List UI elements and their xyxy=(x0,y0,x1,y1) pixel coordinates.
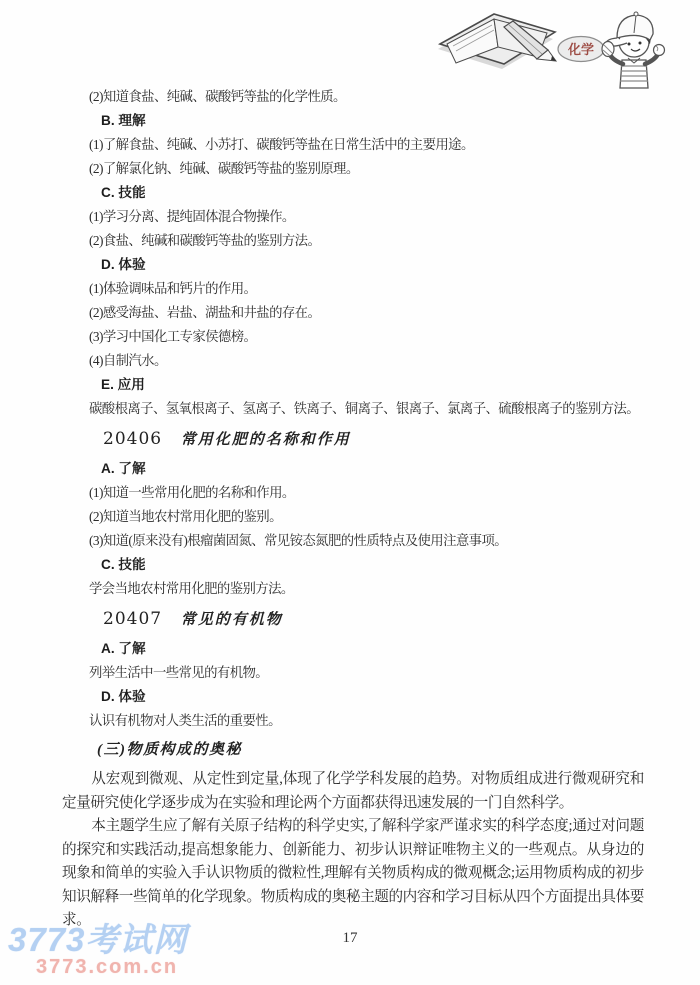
list-item: 列举生活中一些常见的有机物。 xyxy=(62,661,644,685)
level-heading-d: D. 体验 xyxy=(62,253,644,277)
document-page: 化学 (2)知道食盐、纯碱、碳酸钙等盐的化学性质。 B. 理解 (1)了解 xyxy=(0,0,700,985)
level-heading-a: A. 了解 xyxy=(62,457,644,481)
page-body: (2)知道食盐、纯碱、碳酸钙等盐的化学性质。 B. 理解 (1)了解食盐、纯碱、… xyxy=(62,85,644,933)
topic-title: 常见的有机物 xyxy=(181,612,283,628)
watermark-site-url: 3773.com.cn xyxy=(36,957,187,977)
cartoon-boy-icon xyxy=(602,12,665,88)
list-item: (3)知道(原来没有)根瘤菌固氮、常见铵态氮肥的性质特点及使用注意事项。 xyxy=(62,529,644,553)
chemistry-badge: 化学 xyxy=(558,37,604,62)
list-item: (2)了解氯化钠、纯碱、碳酸钙等盐的鉴别原理。 xyxy=(62,157,644,181)
topic-title: 常用化肥的名称和作用 xyxy=(181,432,351,448)
level-heading-b: B. 理解 xyxy=(62,109,644,133)
list-item: (1)体验调味品和钙片的作用。 xyxy=(62,277,644,301)
list-item: (3)学习中国化工专家侯德榜。 xyxy=(62,325,644,349)
list-item: (2)知道当地农村常用化肥的鉴别。 xyxy=(62,505,644,529)
level-heading-a: A. 了解 xyxy=(62,637,644,661)
level-heading-c: C. 技能 xyxy=(62,181,644,205)
list-item: (1)知道一些常用化肥的名称和作用。 xyxy=(62,481,644,505)
list-item: 认识有机物对人类生活的重要性。 xyxy=(62,709,644,733)
header-illustration: 化学 xyxy=(434,2,668,96)
watermark: 3773考试网 3773.com.cn xyxy=(8,923,187,977)
topic-heading-20407: 20407 常见的有机物 xyxy=(62,606,644,633)
list-item: (2)感受海盐、岩盐、湖盐和井盐的存在。 xyxy=(62,301,644,325)
list-item: 学会当地农村常用化肥的鉴别方法。 xyxy=(62,577,644,601)
topic-heading-20406: 20406 常用化肥的名称和作用 xyxy=(62,426,644,453)
list-item: (1)学习分离、提纯固体混合物操作。 xyxy=(62,205,644,229)
level-heading-d: D. 体验 xyxy=(62,685,644,709)
section-heading: (三)物质构成的奥秘 xyxy=(62,737,644,763)
list-item: 碳酸根离子、氢氧根离子、氢离子、铁离子、铜离子、银离子、氯离子、硫酸根离子的鉴别… xyxy=(62,397,644,421)
chemistry-badge-label: 化学 xyxy=(567,42,594,57)
body-paragraph: 从宏观到微观、从定性到定量,体现了化学学科发展的趋势。对物质组成进行微观研究和定… xyxy=(62,768,644,815)
topic-number: 20406 xyxy=(103,429,162,449)
level-heading-e: E. 应用 xyxy=(62,373,644,397)
list-item: (4)自制汽水。 xyxy=(62,349,644,373)
list-item: (2)知道食盐、纯碱、碳酸钙等盐的化学性质。 xyxy=(62,85,644,109)
level-heading-c: C. 技能 xyxy=(62,553,644,577)
body-paragraph: 本主题学生应了解有关原子结构的科学史实,了解科学家严谨求实的科学态度;通过对问题… xyxy=(62,815,644,933)
topic-number: 20407 xyxy=(103,609,162,629)
watermark-site-name: 3773考试网 xyxy=(8,923,187,956)
list-item: (1)了解食盐、纯碱、小苏打、碳酸钙等盐在日常生活中的主要用途。 xyxy=(62,133,644,157)
list-item: (2)食盐、纯碱和碳酸钙等盐的鉴别方法。 xyxy=(62,229,644,253)
